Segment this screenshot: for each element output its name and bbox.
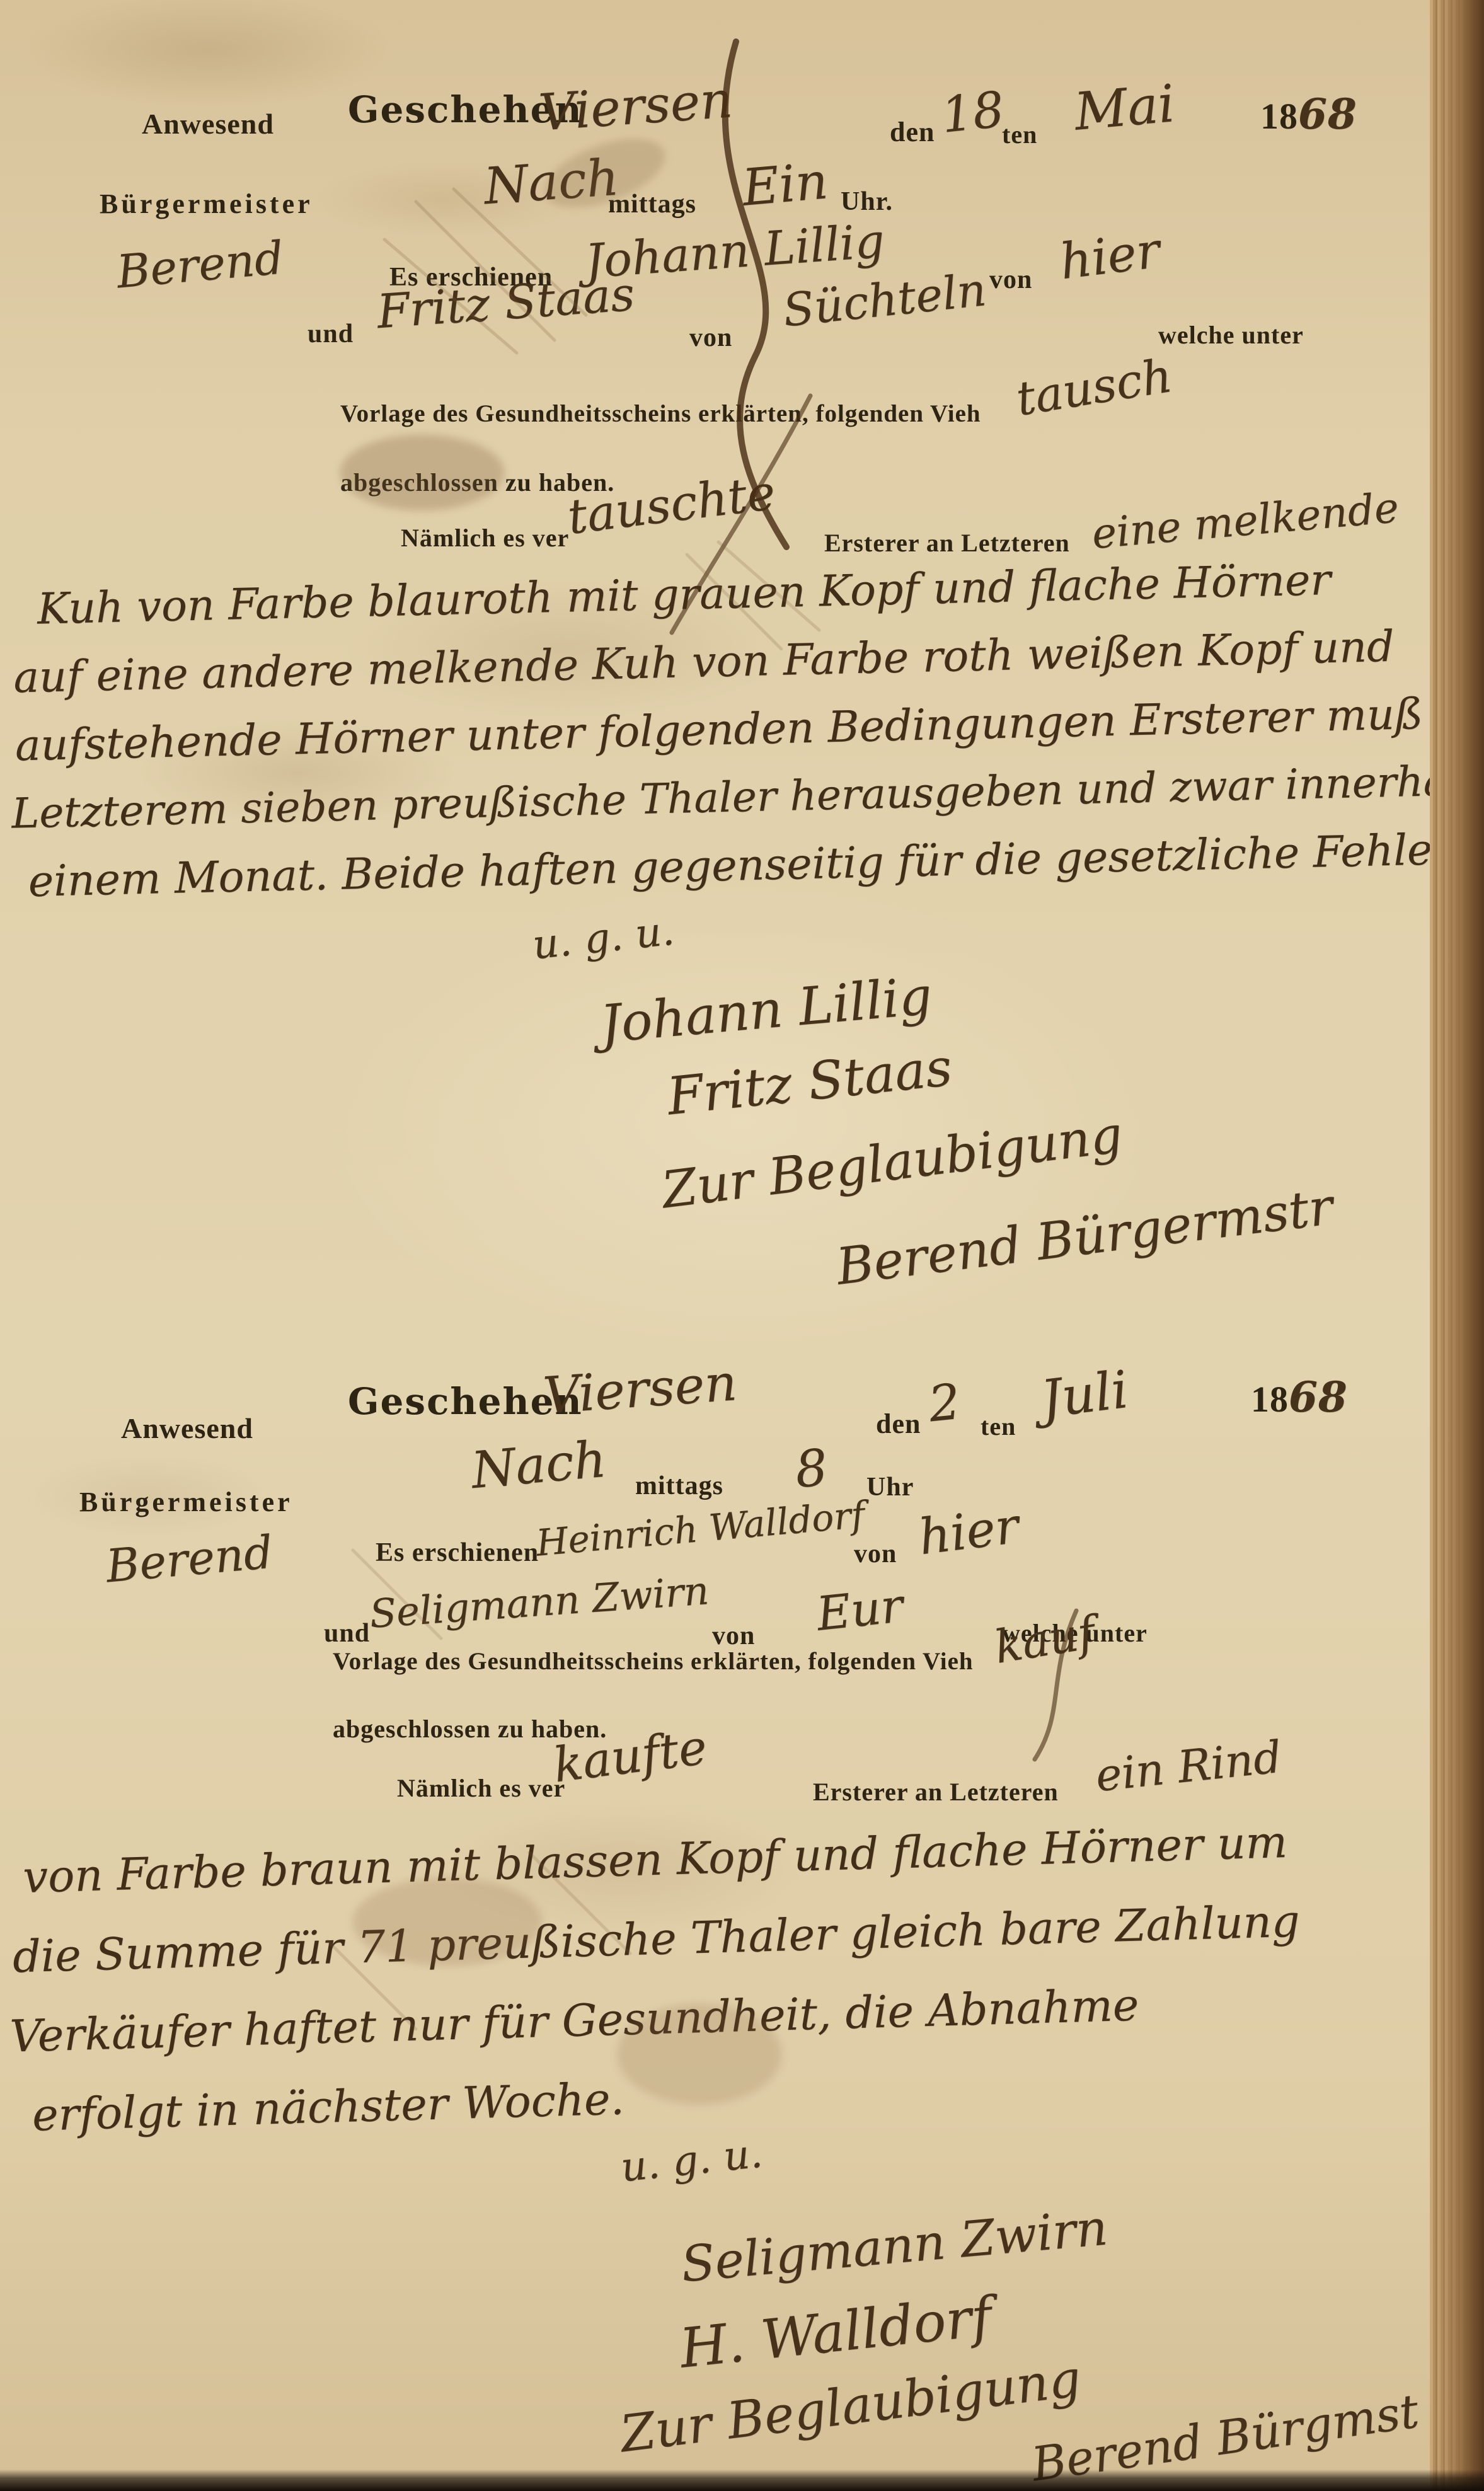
- present-label: Anwesend: [142, 107, 274, 141]
- hour-handwritten: Ein: [740, 151, 830, 217]
- den-label: den: [876, 1408, 921, 1440]
- naemlich-label: Nämlich es ver: [397, 1773, 565, 1803]
- place-handwritten: Viersen: [541, 1353, 739, 1425]
- vorlage-label: Vorlage des Gesundheitsscheins erklärten…: [340, 400, 981, 428]
- year-value: 1868: [1251, 1372, 1348, 1422]
- day-handwritten: 18: [939, 81, 1007, 144]
- ink-smudge: [353, 1878, 542, 1966]
- year-hand-part: 68: [1298, 89, 1357, 139]
- signature-party2: Seligmann Zwirn: [679, 2200, 1110, 2294]
- attestation-line: Zur Beglaubigung: [659, 1105, 1125, 1220]
- ink-smudge: [618, 2004, 781, 2105]
- deal-word-handwritten: tausch: [1013, 348, 1176, 427]
- year-print-part: 18: [1260, 96, 1298, 137]
- und-label: und: [324, 1618, 370, 1648]
- official-signature: Berend Bürgermstr: [833, 1177, 1336, 1296]
- deal-word-handwritten: kauf: [991, 1606, 1098, 1674]
- entry1-body-paragraph: Kuh von Farbe blauroth mit grauen Kopf u…: [11, 552, 1484, 926]
- es-erschienen-label: Es erschienen: [376, 1538, 539, 1568]
- uhr-label: Uhr.: [841, 187, 893, 217]
- present-label: Anwesend: [121, 1412, 253, 1445]
- register-page: Anwesend Bürgermeister Berend Geschehen …: [0, 0, 1484, 2491]
- closing-abbreviation: u. g. u.: [531, 907, 677, 969]
- hour-handwritten: 8: [793, 1438, 830, 1499]
- von-label: von: [989, 265, 1032, 295]
- party1-name: Heinrich Walldorf: [534, 1493, 866, 1564]
- party1-place: hier: [916, 1498, 1021, 1567]
- entry2-body-paragraph: von Farbe braun mit blassen Kopf und fla…: [7, 1816, 1306, 2170]
- und-label: und: [308, 319, 354, 349]
- den-label: den: [890, 116, 935, 148]
- von-label: von: [854, 1539, 897, 1569]
- vorlage-label: Vorlage des Gesundheitsscheins erklärten…: [333, 1647, 974, 1676]
- month-handwritten: Juli: [1038, 1360, 1132, 1430]
- party2-place: Süchteln: [780, 263, 988, 337]
- year-hand-part: 68: [1289, 1372, 1348, 1422]
- place-handwritten: Viersen: [537, 70, 734, 142]
- ersterer-label: Ersterer an Letzteren: [824, 528, 1070, 558]
- mittags-label: mittags: [635, 1471, 723, 1501]
- signature-party2: Fritz Staas: [664, 1038, 955, 1127]
- party1-place: hier: [1057, 222, 1163, 291]
- von-label: von: [689, 323, 732, 353]
- nach-handwritten: Nach: [469, 1430, 608, 1500]
- welche-unter-label: welche unter: [1158, 320, 1304, 350]
- month-handwritten: Mai: [1072, 74, 1177, 142]
- ten-label: ten: [981, 1412, 1016, 1441]
- mayor-label: Bürgermeister: [79, 1486, 293, 1518]
- signature-party1: Johann Lillig: [598, 966, 935, 1055]
- mayor-margin-signature: Berend: [104, 1526, 275, 1593]
- party2-place: Eur: [814, 1579, 906, 1642]
- party2-name: Seligmann Zwirn: [368, 1567, 710, 1637]
- page-stack-edge: [1430, 0, 1484, 2491]
- mayor-margin-signature: Berend: [115, 231, 285, 299]
- object-phrase-handwritten: eine melkende: [1090, 483, 1401, 558]
- ink-smudge: [340, 435, 504, 510]
- ten-label: ten: [1002, 120, 1037, 149]
- naemlich-label: Nämlich es ver: [401, 523, 569, 553]
- mayor-label: Bürgermeister: [100, 188, 313, 220]
- object-phrase-handwritten: ein Rind: [1093, 1731, 1284, 1802]
- uhr-label: Uhr: [866, 1472, 914, 1502]
- binding-shadow: [0, 2470, 1484, 2491]
- ersterer-label: Ersterer an Letzteren: [813, 1777, 1059, 1807]
- day-handwritten: 2: [926, 1374, 963, 1434]
- von-label: von: [712, 1621, 755, 1651]
- year-print-part: 18: [1251, 1379, 1289, 1420]
- year-value: 1868: [1260, 89, 1357, 139]
